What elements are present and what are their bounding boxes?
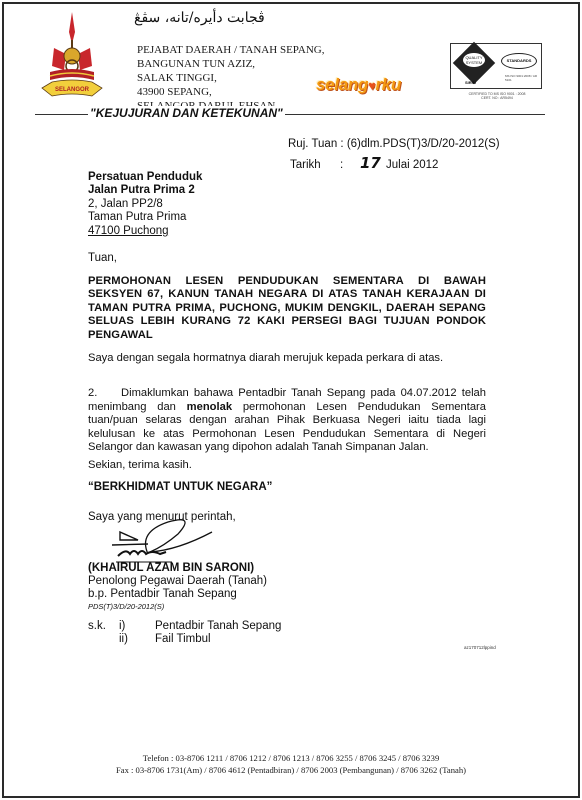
service-slogan: “BERKHIDMAT UNTUK NEGARA” [88,481,272,493]
body-paragraph-2: 2.Dimaklumkan bahawa Pentadbir Tanah Sep… [88,387,486,455]
crest-label: SELANGOR [55,87,90,93]
salutation: Tuan, [88,252,117,264]
signer-title: Penolong Pegawai Daerah (Tanah) [88,575,267,588]
contact-footer: Telefon : 03-8706 1211 / 8706 1212 / 870… [0,753,582,776]
ruj-label: Ruj. Tuan [288,138,337,150]
office-address-line: 43900 SEPANG, [137,85,324,99]
handwritten-date-day: 17 [360,154,386,173]
cc-item: ii)Fail Timbul [88,633,281,646]
cc-item: s.k.i)Pentadbir Tanah Sepang [88,620,281,633]
office-address: PEJABAT DAERAH / TANAH SEPANG, BANGUNAN … [137,43,324,113]
recipient-address: Persatuan Penduduk Jalan Putra Prima 2 2… [88,171,202,238]
standards-oval-icon: STANDARDS [501,53,537,69]
standards-sub-label: MS ISO 9001:2008 / AR 5101 [505,74,541,82]
cc-label: s.k. [88,620,119,633]
recipient-postcode-city: 47100 Puchong [88,225,202,238]
paragraph-number: 2. [88,387,121,401]
footer-fax: Fax : 03-8706 1731(Am) / 8706 4612 (Pent… [0,765,582,777]
recipient-name-line2: Jalan Putra Prima 2 [88,184,202,197]
decision-keyword: menolak [187,401,232,413]
selangor-crest-icon: SELANGOR [36,10,108,102]
selangorku-logo: selang♥rku [316,75,401,95]
signer-file-ref: PDS(T)3/D/20-2012(S) [88,602,267,612]
signer-on-behalf: b.p. Pentadbir Tanah Sepang [88,588,267,601]
recipient-street: 2, Jalan PP2/8 [88,198,202,211]
tarikh-label: Tarikh [290,156,340,175]
jawi-office-title: ڤجابت دأيره/تانه، سڤڠ [134,10,304,26]
document-file-code: az170712lppind [464,645,496,650]
carbon-copy-list: s.k.i)Pentadbir Tanah Sepang ii)Fail Tim… [88,620,281,646]
sirim-label: SIRIM [465,80,476,85]
date-month-year: Julai 2012 [386,159,438,171]
reference-block: Ruj. Tuan : (6)dlm.PDS(T)3/D/20-2012(S) … [288,135,500,175]
office-motto: "KEJUJURAN DAN KETEKUNAN" [88,106,285,120]
ruj-value: (6)dlm.PDS(T)3/D/20-2012(S) [347,138,500,150]
signer-block: (KHAIRUL AZAM BIN SARONI) Penolong Pegaw… [88,562,267,612]
office-address-line: BANGUNAN TUN AZIZ, [137,57,324,71]
iso-certification-badge: QUALITYSYSTEM SIRIM STANDARDS MS ISO 900… [450,43,542,89]
office-address-line: SALAK TINGGI, [137,71,324,85]
footer-telefon: Telefon : 03-8706 1211 / 8706 1212 / 870… [0,753,582,765]
letter-subject: PERMOHONAN LESEN PENDUDUKAN SEMENTARA DI… [88,275,486,342]
office-address-line: PEJABAT DAERAH / TANAH SEPANG, [137,43,324,57]
body-paragraph-1: Saya dengan segala hormatnya diarah meru… [88,352,486,366]
iso-cert-caption: CERTIFIED TO MS ISO 9001 : 2008CERT. NO … [453,92,541,100]
recipient-area: Taman Putra Prima [88,211,202,224]
signer-name: (KHAIRUL AZAM BIN SARONI) [88,562,267,575]
quality-system-label: QUALITYSYSTEM [463,53,485,67]
recipient-name: Persatuan Penduduk [88,171,202,184]
body-paragraph-closing: Sekian, terima kasih. [88,459,486,473]
